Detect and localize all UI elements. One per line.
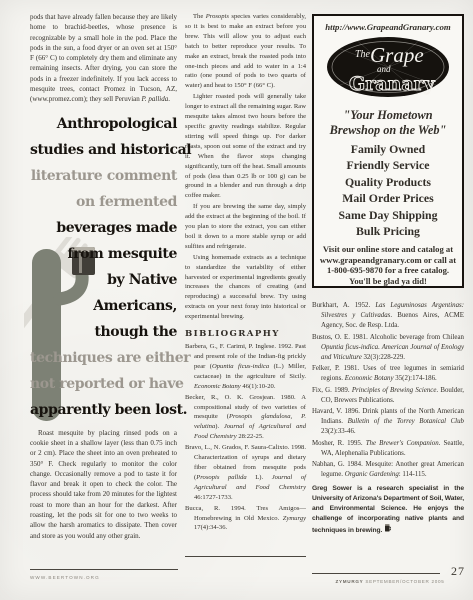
ad-feature: Same Day Shipping [339, 207, 438, 223]
pull-quote-line: by Native [30, 267, 177, 293]
pull-quote-line: on fermented [30, 189, 177, 215]
ad-feature: Mail Order Prices [339, 190, 438, 206]
ad-cta-text: Visit our online store and catalog at ww… [317, 244, 459, 286]
bibliography-entry: Bravo, L., N. Grados, F. Saura-Calixto. … [185, 443, 306, 502]
grape-granary-logo: The Grape and Granary [325, 35, 451, 104]
footer-left-rule [30, 569, 178, 570]
ad-tagline: "Your Hometown Brewshop on the Web" [330, 108, 447, 138]
footer-magazine-name: ZYMURGY [336, 579, 364, 584]
middle-column: The Prosopis species varies considerably… [185, 12, 306, 534]
author-bio: Greg Sower is a research specialist in t… [312, 484, 464, 536]
ad-feature: Quality Products [339, 174, 438, 190]
article-paragraph: Lighter roasted pods will generally take… [185, 92, 306, 201]
logo-word-granary: Granary [349, 73, 436, 95]
middle-column-rule [185, 556, 306, 557]
logo-word-the: The [355, 49, 371, 60]
bibliography-entry: Mosher, R. 1995. The Brewer's Companion.… [312, 439, 464, 459]
pull-quote-line: techniques are either [30, 345, 177, 371]
pull-quote-line: Americans, [30, 293, 177, 319]
ad-feature: Friendly Service [339, 157, 438, 173]
bibliography-entry: Bucca, R. 1994. Tres Amigos—Homebrewing … [185, 504, 306, 534]
bibliography-entry: Havard, V. 1896. Drink plants of the Nor… [312, 407, 464, 438]
right-bibliography: Burkhart, A. 1952. Las Leguminosas Argen… [312, 301, 464, 480]
pull-quote-line: though the [30, 319, 177, 345]
pull-quote-line: Anthropological [30, 111, 177, 137]
bibliography-entry: Barbera, G., F. Carimi, P. Inglese. 1992… [185, 342, 306, 392]
left-bottom-paragraph: Roast mesquite by placing rinsed pods on… [30, 428, 177, 541]
footer-issue-date: SEPTEMBER/OCTOBER 2005 [365, 579, 444, 584]
footer-issue-line: ZYMURGY SEPTEMBER/OCTOBER 2005 [330, 579, 450, 584]
pull-quote-line: studies and historical [30, 137, 177, 163]
bibliography-entry: Burkhart, A. 1952. Las Leguminosas Argen… [312, 301, 464, 332]
pull-quote-line: beverages made [30, 215, 177, 241]
grape-granary-ad: http://www.GrapeandGranary.com The Grape… [312, 14, 464, 288]
magazine-page: pods that have already fallen because th… [0, 0, 473, 600]
ad-feature: Family Owned [339, 141, 438, 157]
pull-quote-line: apparently been lost. [30, 397, 177, 423]
left-top-paragraph: pods that have already fallen because th… [30, 12, 177, 105]
ad-feature-list: Family Owned Friendly Service Quality Pr… [339, 141, 438, 239]
bibliography-heading: BIBLIOGRAPHY [185, 329, 306, 339]
ad-feature: Bulk Pricing [339, 223, 438, 239]
ad-url: http://www.GrapeandGranary.com [325, 22, 450, 32]
pull-quote-line: literature comment [30, 163, 177, 189]
bibliography-entry: Nabhan, G. 1984. Mesquite: Another great… [312, 460, 464, 480]
end-mark-mug-icon [385, 524, 391, 536]
pull-quote: Anthropological studies and historical l… [30, 111, 177, 423]
left-column: pods that have already fallen because th… [30, 12, 177, 541]
footer-right-rule [312, 573, 440, 574]
bibliography-entry: Fix, G. 1989. Principles of Brewing Scie… [312, 386, 464, 406]
pull-quote-line: not reported or have [30, 371, 177, 397]
footer-website: WWW.BEERTOWN.ORG [30, 575, 100, 580]
right-column: http://www.GrapeandGranary.com The Grape… [312, 14, 464, 536]
bibliography-entry: Felker, P. 1981. Uses of tree legumes in… [312, 364, 464, 384]
pull-quote-line: from mesquite [30, 241, 177, 267]
bibliography-entry: Becker, R., O. K. Grosjean. 1980. A comp… [185, 393, 306, 443]
bibliography-entry: Bustos, O. E. 1981. Alcoholic beverage f… [312, 333, 464, 364]
page-number: 27 [451, 564, 465, 579]
article-paragraph: Using homemade extracts as a technique t… [185, 253, 306, 322]
article-paragraph: The Prosopis species varies considerably… [185, 12, 306, 91]
article-paragraph: If you are brewing the same day, simply … [185, 202, 306, 252]
